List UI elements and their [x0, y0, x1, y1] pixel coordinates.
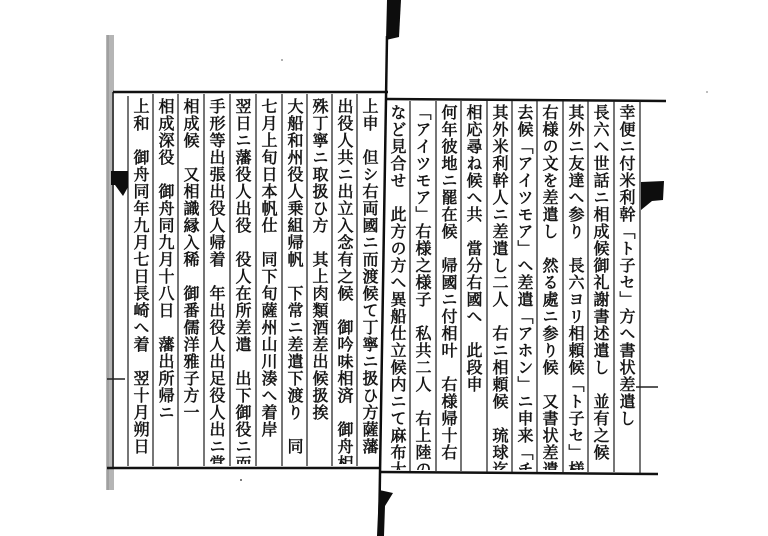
text-column: 「アイツモア」右様之様子 私共二人 右上陸の体 [410, 104, 435, 470]
text-column: 上和 御舟同年九月七日長崎へ着 翌十月朔日 [128, 98, 153, 464]
right-page-bottom-border [380, 472, 658, 474]
text-column: 其外ニ友達へ参り 長六ヨリ相頼候「ト子セ」様へも [563, 104, 588, 470]
text-column: 相成候 又相識縁入稀 御番儒洋雅子方一 [178, 98, 203, 464]
manuscript-scan: 上申 但シ右両國ニ而渡候て丁寧ニ扱ひ方薩藩 出役人共ニ出立入念有之候 御吟味相済… [0, 0, 768, 536]
scan-speck [706, 91, 708, 93]
text-column: 右様の文を差遣し 然る處ニ参り候 又書状差遣 [537, 104, 562, 470]
text-column: 殊丁寧ニ取扱ひ方 其上肉類酒差出候扱挨 [307, 98, 332, 464]
text-column: 大船和州役人乗組帰帆 下常ニ差遣下渡り 同 [282, 98, 307, 464]
text-column: 相成深役 御舟同九月十八日 藩出所帰ニ [153, 98, 178, 464]
text-column: 七月上旬日本帆仕 同下旬薩州山川湊へ着岸 [256, 98, 281, 464]
scan-speck [240, 479, 242, 481]
scan-speck [281, 59, 283, 61]
right-page-top-border [386, 99, 666, 101]
text-column: 何年彼地ニ罷在候 帰國ニ付相叶 右様帰十右 [436, 104, 461, 470]
text-column: 相応尋ね候へ共 當分右國へ 此段申 [461, 104, 486, 470]
text-column: 上申 但シ右両國ニ而渡候て丁寧ニ扱ひ方薩藩 [357, 98, 382, 464]
text-column: 幸便ニ付米利幹「ト子セ」方へ書状差遣し [614, 104, 639, 470]
text-column: など見合せ 此方の方へ異船仕立候内ニて麻布大仕舞 [387, 104, 410, 470]
right-page-tab [641, 181, 664, 210]
text-column: 手形等出張出役人帰着 年出役人出足役人出ニ當 [204, 98, 229, 464]
text-column: 出役人共ニ出立入念有之候 御吟味相済 御舟相渡 [332, 98, 357, 464]
binding-bottom-wedge [377, 490, 393, 536]
text-column: 去候「アイツモア」へ差遣「アホン」ニ申来「チミセサア工」 [512, 104, 537, 470]
page-rulings [0, 0, 768, 536]
binding-top-block [386, 0, 401, 40]
text-column: 其外米利幹人ニ差遣し二人 右ニ相頼候 琉球迄 [487, 104, 512, 470]
text-column: 長六へ世話ニ相成候御礼謝書述遣し 並有之候 [588, 104, 613, 470]
text-column: 翌日ニ藩役人出役 役人在所差遣 出下御役ニ而 [230, 98, 255, 464]
